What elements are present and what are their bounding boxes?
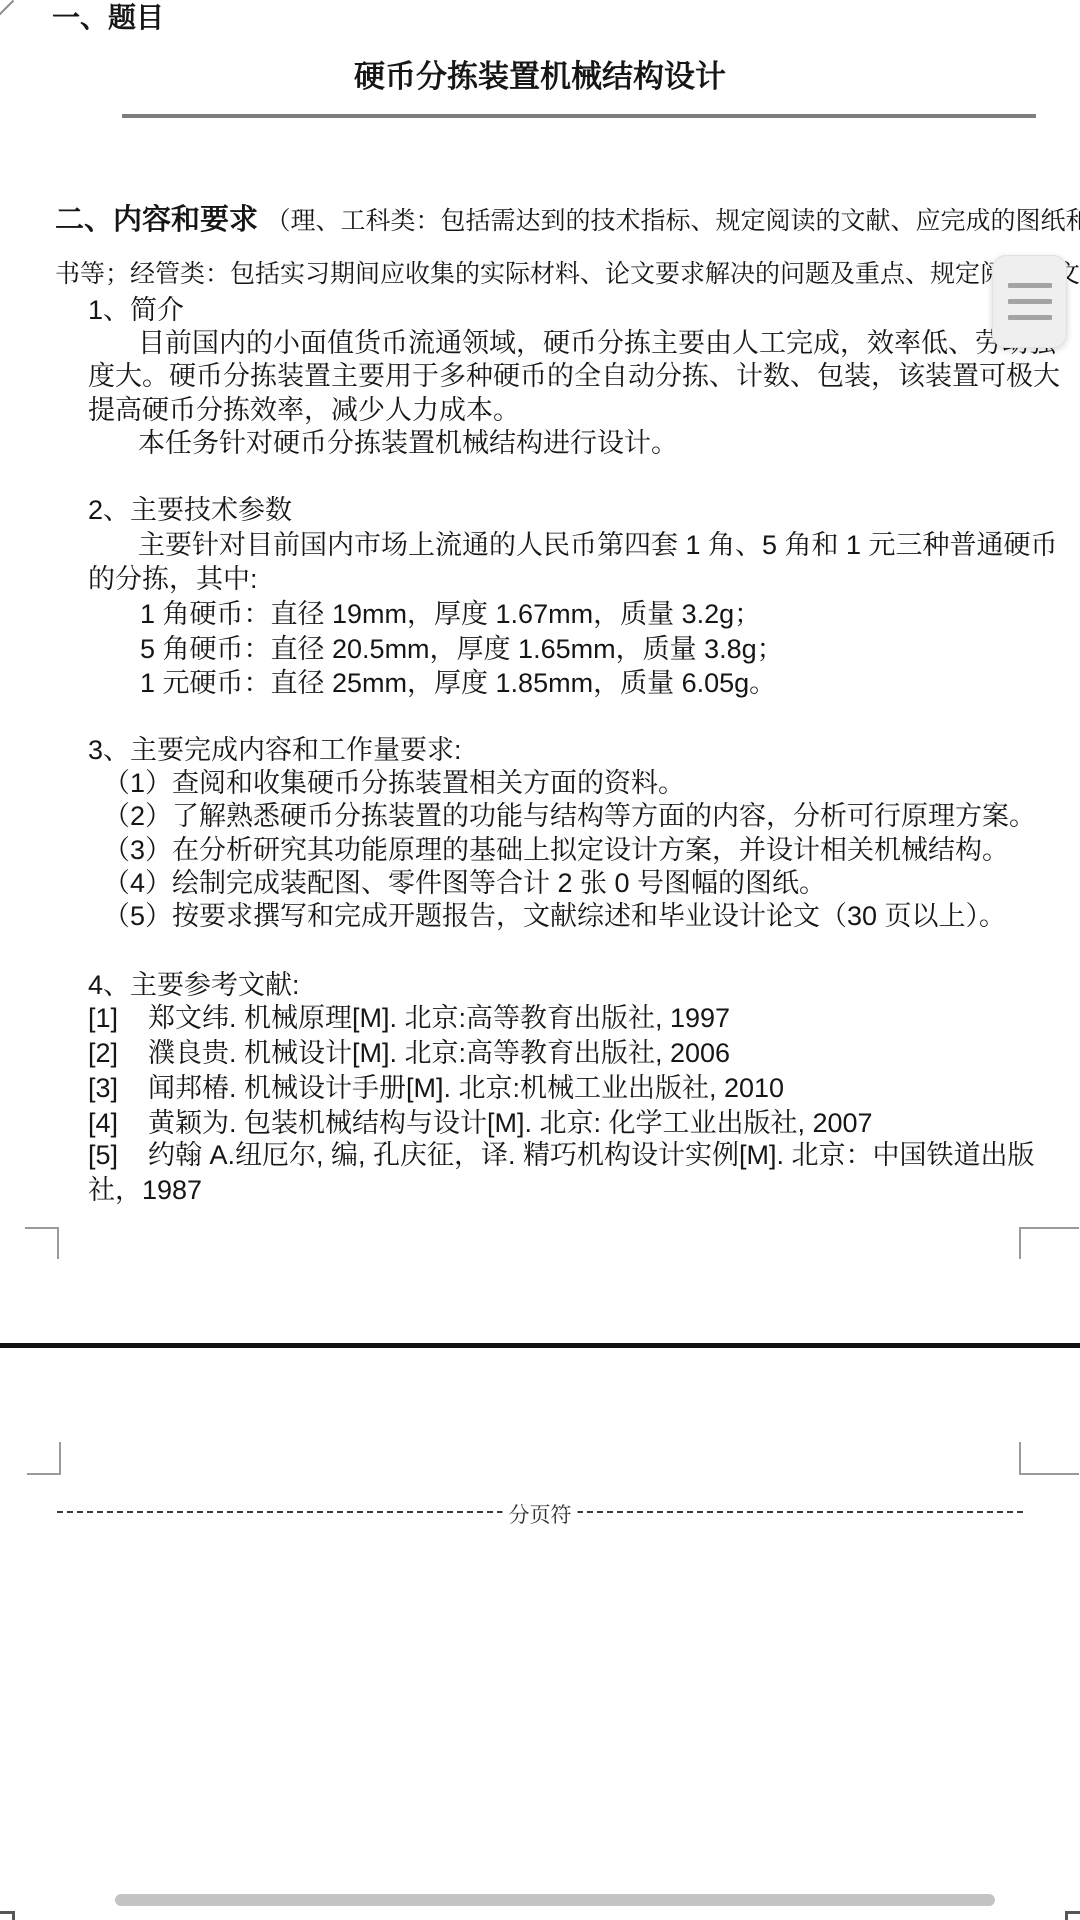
workload-item: （4）绘制完成装配图、零件图等合计 2 张 0 号图幅的图纸。 xyxy=(103,866,826,900)
coin-spec: 1 元硬币：直径 25mm，厚度 1.85mm，质量 6.05g。 xyxy=(140,666,776,700)
section-one-heading: 一、题目 xyxy=(52,1,164,35)
page-break-divider: 分页符 xyxy=(57,1511,1023,1513)
page-corner-sliver xyxy=(0,0,14,18)
reference-text: 约翰 A.纽厄尔, 编, 孔庆征，译. 精巧机构设计实例[M]. 北京：中国铁道… xyxy=(148,1140,1035,1170)
reference-item: [4]黄颖为. 包装机械结构与设计[M]. 北京: 化学工业出版社, 2007 xyxy=(88,1106,873,1140)
reference-item: [3]闻邦椿. 机械设计手册[M]. 北京:机械工业出版社, 2010 xyxy=(88,1071,784,1105)
title-underline xyxy=(122,114,1036,118)
page-break-label: 分页符 xyxy=(503,1499,578,1529)
document-page: 一、题目 硬币分拣装置机械结构设计 二、内容和要求 （理、工科类：包括需达到的技… xyxy=(0,0,1080,1920)
workload-item: （5）按要求撰写和完成开题报告，文献综述和毕业设计论文（30 页以上）。 xyxy=(103,899,1006,933)
hamburger-menu-icon xyxy=(1008,315,1052,320)
text-area-corner-mark xyxy=(1019,1442,1079,1475)
reference-text: 黄颖为. 包装机械结构与设计[M]. 北京: 化学工业出版社, 2007 xyxy=(148,1108,873,1138)
workload-heading: 3、主要完成内容和工作量要求: xyxy=(88,733,462,767)
intro-line: 本任务针对硬币分拣装置机械结构进行设计。 xyxy=(138,426,678,460)
next-page-corner-mark xyxy=(1065,1911,1080,1920)
workload-item: （1）查阅和收集硬币分拣装置相关方面的资料。 xyxy=(103,766,685,800)
page-separator-line xyxy=(0,1343,1080,1348)
menu-button[interactable] xyxy=(992,255,1067,348)
references-heading: 4、主要参考文献: xyxy=(88,968,300,1002)
reference-label: [3] xyxy=(88,1071,148,1105)
workload-item: （3）在分析研究其功能原理的基础上拟定设计方案，并设计相关机械结构。 xyxy=(103,833,1009,867)
reference-carryover: 社，1987 xyxy=(88,1173,202,1207)
intro-heading: 1、简介 xyxy=(88,293,184,327)
reference-label: [2] xyxy=(88,1036,148,1070)
reference-item: [5]约翰 A.纽厄尔, 编, 孔庆征，译. 精巧机构设计实例[M]. 北京：中… xyxy=(88,1138,1035,1172)
intro-line: 提高硬币分拣效率，减少人力成本。 xyxy=(88,393,520,427)
reference-label: [4] xyxy=(88,1106,148,1140)
reference-label: [1] xyxy=(88,1001,148,1035)
hamburger-menu-icon xyxy=(1008,283,1052,288)
hamburger-menu-icon xyxy=(1008,299,1052,304)
reference-item: [2]濮良贵. 机械设计[M]. 北京:高等教育出版社, 2006 xyxy=(88,1036,730,1070)
parameters-line: 的分拣，其中: xyxy=(88,562,258,596)
reference-label: [5] xyxy=(88,1138,148,1172)
coin-spec: 5 角硬币：直径 20.5mm，厚度 1.65mm，质量 3.8g； xyxy=(140,632,784,666)
parameters-heading: 2、主要技术参数 xyxy=(88,493,292,527)
text-area-corner-mark xyxy=(1019,1227,1079,1259)
section-two-note-line2: 书等；经管类：包括实习期间应收集的实际材料、论文要求解决的问题及重点、规定阅读的… xyxy=(55,257,1080,291)
horizontal-scrollbar-thumb[interactable] xyxy=(115,1894,995,1906)
reference-text: 濮良贵. 机械设计[M]. 北京:高等教育出版社, 2006 xyxy=(148,1038,730,1068)
text-area-corner-mark xyxy=(25,1227,59,1259)
reference-item: [1]郑文纬. 机械原理[M]. 北京:高等教育出版社, 1997 xyxy=(88,1001,730,1035)
coin-spec: 1 角硬币：直径 19mm，厚度 1.67mm，质量 3.2g； xyxy=(140,597,761,631)
next-page-corner-mark xyxy=(0,1911,15,1920)
section-two-note-line1: （理、工科类：包括需达到的技术指标、规定阅读的文献、应完成的图纸和说明 xyxy=(266,207,1080,235)
document-title: 硬币分拣装置机械结构设计 xyxy=(0,59,1080,95)
intro-line: 度大。硬币分拣装置主要用于多种硬币的全自动分拣、计数、包装，该装置可极大 xyxy=(88,359,1060,393)
text-area-corner-mark xyxy=(27,1442,61,1475)
section-two-heading: 二、内容和要求 xyxy=(55,204,258,236)
workload-item: （2）了解熟悉硬币分拣装置的功能与结构等方面的内容，分析可行原理方案。 xyxy=(103,799,1036,833)
reference-text: 郑文纬. 机械原理[M]. 北京:高等教育出版社, 1997 xyxy=(148,1003,730,1033)
parameters-line: 主要针对目前国内市场上流通的人民币第四套 1 角、5 角和 1 元三种普通硬币 xyxy=(138,528,1058,562)
reference-text: 闻邦椿. 机械设计手册[M]. 北京:机械工业出版社, 2010 xyxy=(148,1073,784,1103)
intro-line: 目前国内的小面值货币流通领域，硬币分拣主要由人工完成，效率低、劳动强 xyxy=(138,326,1056,360)
section-two-heading-row: 二、内容和要求 （理、工科类：包括需达到的技术指标、规定阅读的文献、应完成的图纸… xyxy=(55,203,1080,238)
